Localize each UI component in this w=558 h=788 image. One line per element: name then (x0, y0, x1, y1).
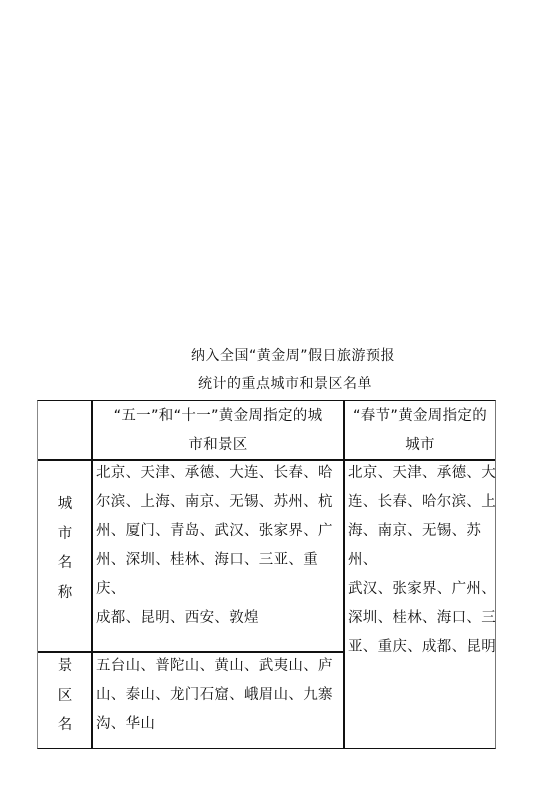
city-list-spring-festival: 北京、天津、承德、大 连、长春、哈尔滨、上 海、南京、无锡、苏州、 武汉、张家界… (348, 459, 498, 662)
header-col2: “五一”和“十一”黄金周指定的城 市和景区 (93, 402, 343, 460)
row-label-city-names: 城 市 名 称 (55, 490, 75, 608)
city-list-may-oct: 北京、天津、承德、大连、长春、哈 尔滨、上海、南京、无锡、苏州、杭 州、厦门、青… (96, 459, 346, 633)
header-col3-line1: “春节”黄金周指定的 (345, 402, 495, 431)
row-label-scenic-names: 景 区 名 (55, 652, 75, 741)
header-col2-line1: “五一”和“十一”黄金周指定的城 (93, 402, 343, 431)
document-title-line-1: 纳入全国“黄金周”假日旅游预报 (14, 346, 558, 366)
document-title-line-2: 统计的重点城市和景区名单 (6, 374, 558, 394)
scenic-list-may-oct: 五台山、普陀山、黄山、武夷山、庐 山、泰山、龙门石窟、峨眉山、九寨 沟、华山 (96, 652, 346, 739)
city-scenic-table: “五一”和“十一”黄金周指定的城 市和景区 “春节”黄金周指定的 城市 城 市 … (37, 400, 496, 749)
header-col3: “春节”黄金周指定的 城市 (345, 402, 495, 460)
header-col2-line2: 市和景区 (93, 431, 343, 460)
header-col3-line2: 城市 (345, 431, 495, 460)
